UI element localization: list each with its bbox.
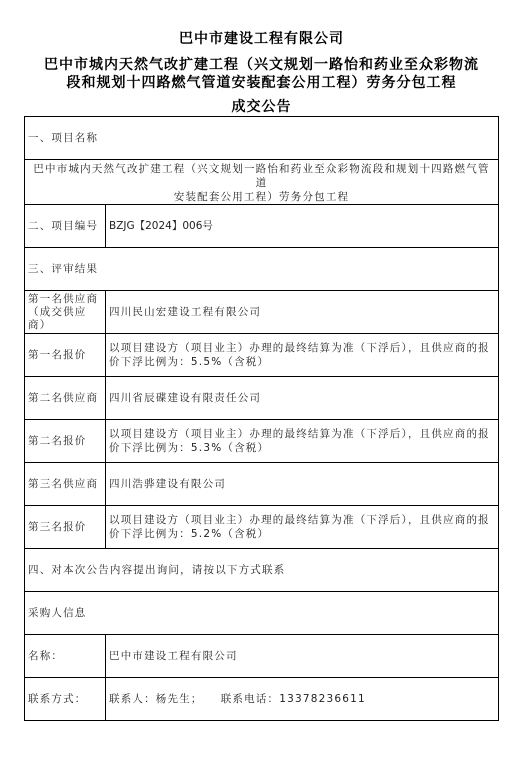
price-1-label: 第一名报价	[25, 334, 106, 377]
price-3-value: 以项目建设方（项目业主）办理的最终结算为准（下浮后），且供应商的报价下浮比例为：…	[106, 506, 499, 549]
project-title-line1: 巴中市城内天然气改扩建工程（兴文规划一路怡和药业至众彩物流	[0, 56, 523, 74]
purchaser-name-row: 名称： 巴中市建设工程有限公司	[25, 635, 499, 678]
section-1-heading-row: 一、项目名称	[25, 117, 499, 160]
section-4-heading: 四、对本次公告内容提出询问，请按以下方式联系	[25, 549, 499, 592]
notice-type-title: 成交公告	[0, 96, 523, 116]
contact-label: 联系方式：	[25, 678, 106, 721]
section-3-heading-row: 三、评审结果	[25, 248, 499, 291]
supplier-2-label: 第二名供应商	[25, 377, 106, 420]
purchaser-name-label: 名称：	[25, 635, 106, 678]
supplier-1-name: 四川民山宏建设工程有限公司	[106, 291, 499, 334]
purchaser-heading-row: 采购人信息	[25, 592, 499, 635]
result-row: 第三名报价 以项目建设方（项目业主）办理的最终结算为准（下浮后），且供应商的报价…	[25, 506, 499, 549]
purchaser-name-value: 巴中市建设工程有限公司	[106, 635, 499, 678]
announcement-table: 一、项目名称 巴中市城内天然气改扩建工程（兴文规划一路怡和药业至众彩物流段和规划…	[24, 116, 499, 721]
result-row: 第二名供应商 四川省辰碟建设有限责任公司	[25, 377, 499, 420]
supplier-3-name: 四川浩骅建设有限公司	[106, 463, 499, 506]
project-name-line2: 安装配套公用工程）劳务分包工程	[28, 190, 495, 204]
company-title: 巴中市建设工程有限公司	[0, 28, 523, 48]
contact-value: 联系人：杨先生； 联系电话：13378236611	[106, 678, 499, 721]
project-name-line1: 巴中市城内天然气改扩建工程（兴文规划一路怡和药业至众彩物流段和规划十四路燃气管道	[28, 162, 495, 190]
price-2-value: 以项目建设方（项目业主）办理的最终结算为准（下浮后），且供应商的报价下浮比例为：…	[106, 420, 499, 463]
result-row: 第三名供应商 四川浩骅建设有限公司	[25, 463, 499, 506]
section-3-heading: 三、评审结果	[25, 248, 499, 291]
supplier-2-name: 四川省辰碟建设有限责任公司	[106, 377, 499, 420]
project-name-row: 巴中市城内天然气改扩建工程（兴文规划一路怡和药业至众彩物流段和规划十四路燃气管道…	[25, 160, 499, 205]
contact-row: 联系方式： 联系人：杨先生； 联系电话：13378236611	[25, 678, 499, 721]
project-number-label: 二、项目编号	[25, 205, 106, 248]
project-title: 巴中市城内天然气改扩建工程（兴文规划一路怡和药业至众彩物流 段和规划十四路燃气管…	[0, 56, 523, 92]
price-3-label: 第三名报价	[25, 506, 106, 549]
purchaser-heading: 采购人信息	[25, 592, 499, 635]
supplier-3-label: 第三名供应商	[25, 463, 106, 506]
project-number-value: BZJG【2024】006号	[106, 205, 499, 248]
project-number-row: 二、项目编号 BZJG【2024】006号	[25, 205, 499, 248]
price-1-value: 以项目建设方（项目业主）办理的最终结算为准（下浮后），且供应商的报价下浮比例为：…	[106, 334, 499, 377]
result-row: 第二名报价 以项目建设方（项目业主）办理的最终结算为准（下浮后），且供应商的报价…	[25, 420, 499, 463]
project-title-line2: 段和规划十四路燃气管道安装配套公用工程）劳务分包工程	[0, 74, 523, 92]
price-2-label: 第二名报价	[25, 420, 106, 463]
result-row: 第一名供应商（成交供应商） 四川民山宏建设工程有限公司	[25, 291, 499, 334]
section-4-heading-row: 四、对本次公告内容提出询问，请按以下方式联系	[25, 549, 499, 592]
supplier-1-label: 第一名供应商（成交供应商）	[25, 291, 106, 334]
project-name: 巴中市城内天然气改扩建工程（兴文规划一路怡和药业至众彩物流段和规划十四路燃气管道…	[25, 160, 499, 205]
section-1-heading: 一、项目名称	[25, 117, 499, 160]
result-row: 第一名报价 以项目建设方（项目业主）办理的最终结算为准（下浮后），且供应商的报价…	[25, 334, 499, 377]
